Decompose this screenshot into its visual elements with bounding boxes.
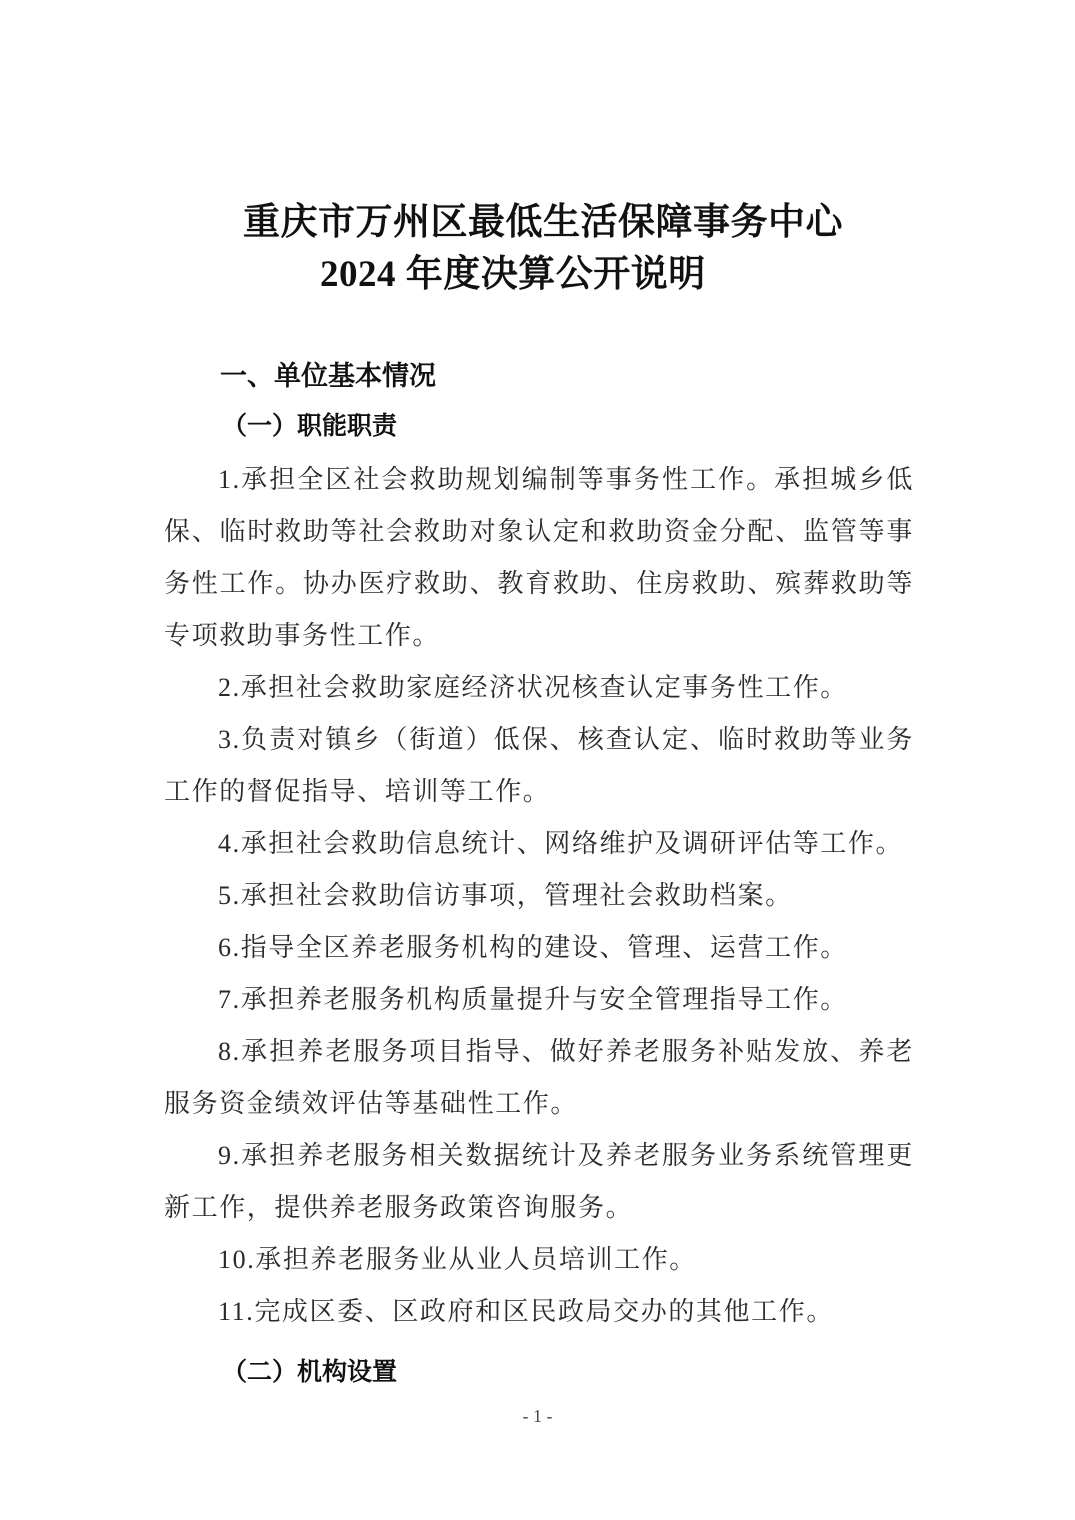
- duty-item-2: 2.承担社会救助家庭经济状况核查认定事务性工作。: [164, 662, 914, 714]
- subsection-heading-organization: （二）机构设置: [222, 1352, 397, 1388]
- document-title-line1: 重庆市万州区最低生活保障事务中心: [243, 191, 843, 245]
- duty-item-3: 3.负责对镇乡（街道）低保、核查认定、临时救助等业务工作的督促指导、培训等工作。: [164, 714, 914, 818]
- duty-item-7: 7.承担养老服务机构质量提升与安全管理指导工作。: [164, 974, 914, 1026]
- duty-item-11: 11.完成区委、区政府和区民政局交办的其他工作。: [164, 1286, 914, 1338]
- duties-list: 1.承担全区社会救助规划编制等事务性工作。承担城乡低保、临时救助等社会救助对象认…: [164, 454, 914, 1338]
- subsection-heading-duties: （一）职能职责: [222, 406, 397, 442]
- document-page: 重庆市万州区最低生活保障事务中心 2024 年度决算公开说明 一、单位基本情况 …: [0, 0, 1075, 1520]
- duty-item-8: 8.承担养老服务项目指导、做好养老服务补贴发放、养老服务资金绩效评估等基础性工作…: [164, 1026, 914, 1130]
- duty-item-5: 5.承担社会救助信访事项，管理社会救助档案。: [164, 870, 914, 922]
- duty-item-10: 10.承担养老服务业从业人员培训工作。: [164, 1234, 914, 1286]
- document-title-line2: 2024 年度决算公开说明: [320, 243, 706, 297]
- duty-item-9: 9.承担养老服务相关数据统计及养老服务业务系统管理更新工作，提供养老服务政策咨询…: [164, 1130, 914, 1234]
- duty-item-1: 1.承担全区社会救助规划编制等事务性工作。承担城乡低保、临时救助等社会救助对象认…: [164, 454, 914, 662]
- page-number: - 1 -: [0, 1406, 1075, 1427]
- duty-item-4: 4.承担社会救助信息统计、网络维护及调研评估等工作。: [164, 818, 914, 870]
- duty-item-6: 6.指导全区养老服务机构的建设、管理、运营工作。: [164, 922, 914, 974]
- section-heading-basic-info: 一、单位基本情况: [220, 354, 436, 393]
